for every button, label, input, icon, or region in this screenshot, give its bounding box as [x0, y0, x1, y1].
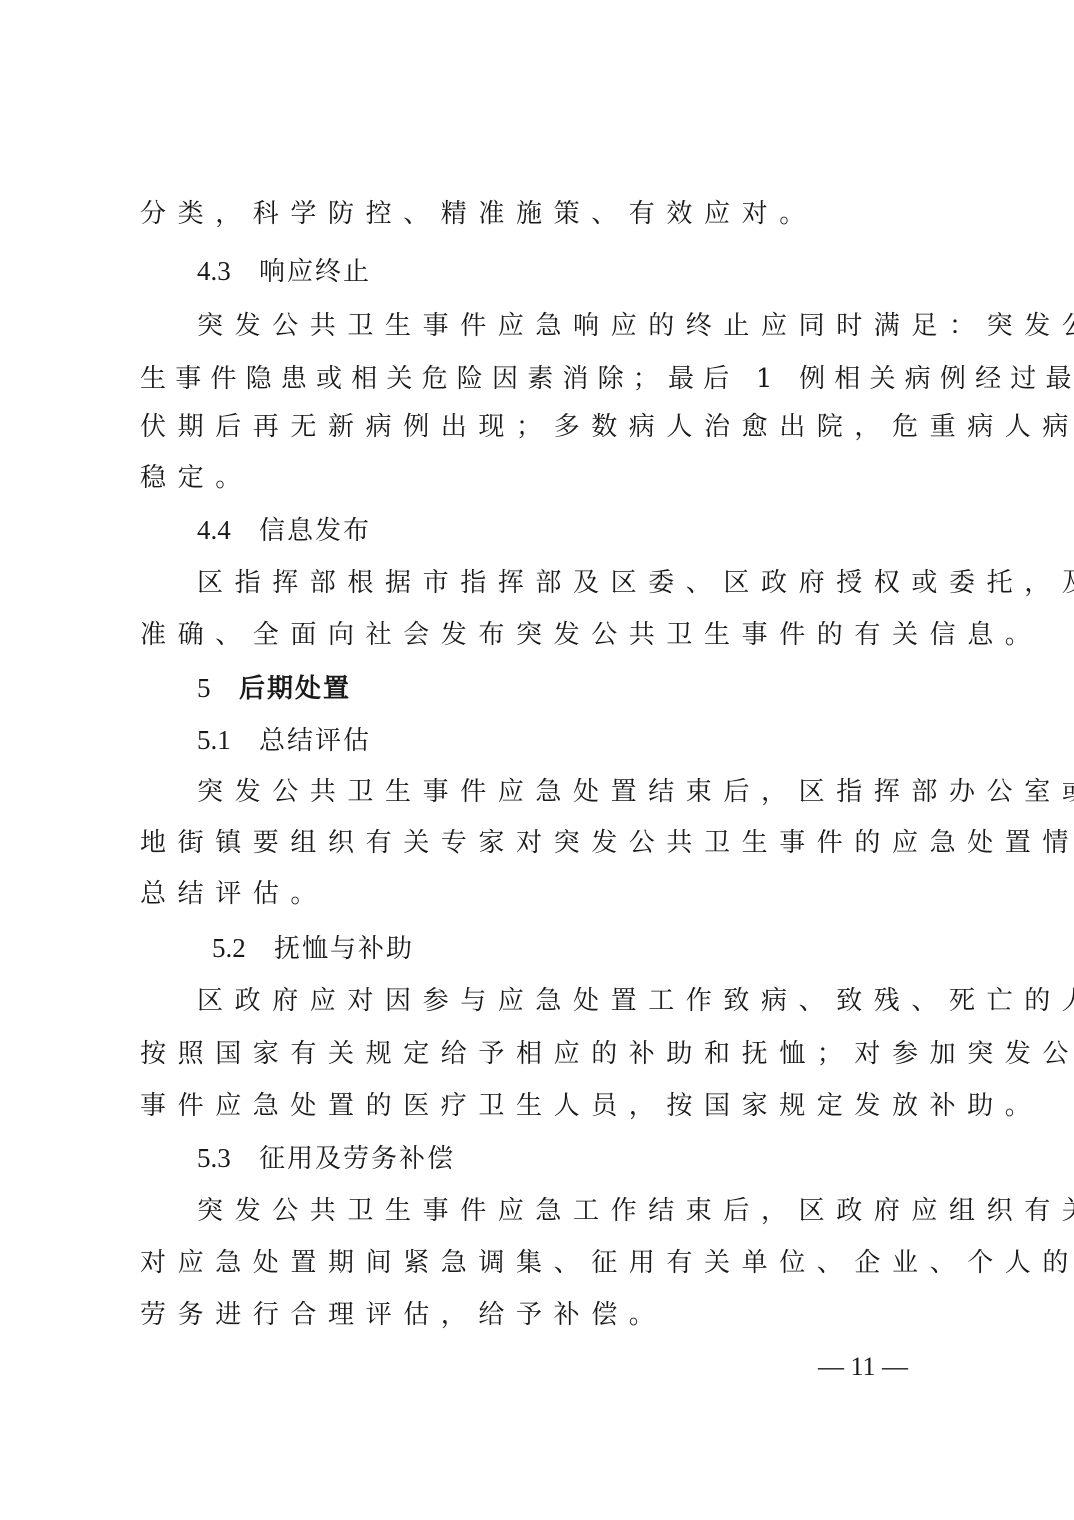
section-number: 4.4 — [197, 512, 259, 548]
section-number: 5.3 — [197, 1140, 259, 1176]
section-number: 4.3 — [197, 253, 259, 289]
document-page: 分类，科学防控、精准施策、有效应对。 4.3响应终止 突发公共卫生事件应急响应的… — [0, 0, 1074, 1520]
body-text-line: 突发公共卫生事件应急工作结束后，区政府应组织有关部门 — [197, 1193, 997, 1229]
section-title: 征用及劳务补偿 — [259, 1144, 455, 1174]
body-text-line: 按照国家有关规定给予相应的补助和抚恤；对参加突发公共卫生 — [140, 1036, 940, 1072]
section-heading-4-3: 4.3响应终止 — [197, 253, 997, 290]
section-heading-5: 5后期处置 — [197, 670, 997, 707]
section-heading-4-4: 4.4信息发布 — [197, 512, 997, 549]
section-number: 5.2 — [212, 930, 274, 966]
body-text-line: 准确、全面向社会发布突发公共卫生事件的有关信息。 — [140, 617, 940, 653]
section-title: 后期处置 — [239, 674, 351, 704]
body-text-line: 稳定。 — [140, 460, 940, 496]
body-text-line: 区指挥部根据市指挥部及区委、区政府授权或委托，及时、 — [197, 565, 997, 601]
section-heading-5-3: 5.3征用及劳务补偿 — [197, 1140, 997, 1177]
page-number: — 11 — — [818, 1352, 908, 1382]
body-text-line: 突发公共卫生事件应急响应的终止应同时满足：突发公共卫 — [197, 308, 997, 344]
section-number: 5 — [197, 670, 239, 706]
section-title: 总结评估 — [259, 726, 371, 756]
section-number: 5.1 — [197, 722, 259, 758]
section-title: 响应终止 — [259, 257, 371, 287]
section-title: 信息发布 — [259, 516, 371, 546]
body-text-line: 区政府应对因参与应急处置工作致病、致残、死亡的人员， — [197, 983, 997, 1019]
body-text-line: 生事件隐患或相关危险因素消除；最后 1 例相关病例经过最长潜 — [140, 361, 940, 397]
body-text-line: 地街镇要组织有关专家对突发公共卫生事件的应急处置情况进行 — [140, 825, 940, 861]
body-text-line: 伏期后再无新病例出现；多数病人治愈出院，危重病人病情基本 — [140, 409, 940, 445]
section-heading-5-2: 5.2抚恤与补助 — [212, 930, 1012, 967]
body-text-line: 对应急处置期间紧急调集、征用有关单位、企业、个人的物资和 — [140, 1245, 940, 1281]
body-text-line: 突发公共卫生事件应急处置结束后，区指挥部办公室或事发 — [197, 774, 997, 810]
body-text-line: 分类，科学防控、精准施策、有效应对。 — [140, 196, 940, 232]
body-text-line: 劳务进行合理评估，给予补偿。 — [140, 1297, 940, 1333]
body-text-line: 总结评估。 — [140, 876, 940, 912]
section-heading-5-1: 5.1总结评估 — [197, 722, 997, 759]
body-text-line: 事件应急处置的医疗卫生人员，按国家规定发放补助。 — [140, 1088, 940, 1124]
section-title: 抚恤与补助 — [274, 934, 414, 964]
